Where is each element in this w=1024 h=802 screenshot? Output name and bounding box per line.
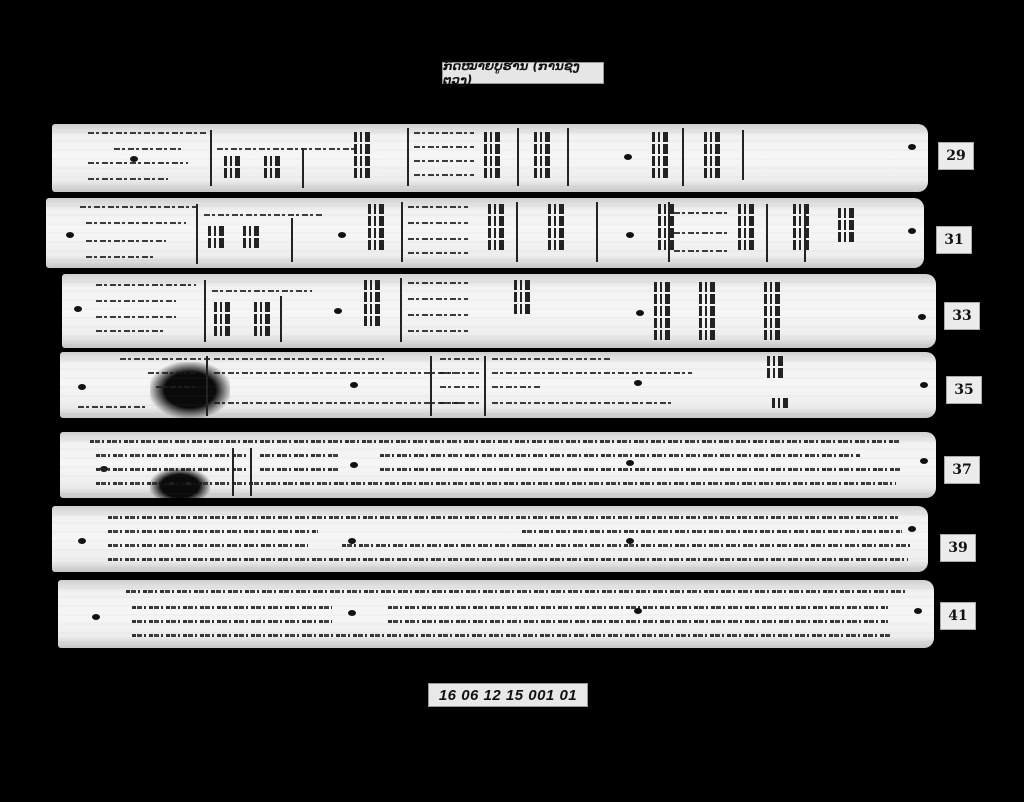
- binding-hole: [338, 232, 346, 238]
- palm-leaf-29: [52, 124, 928, 192]
- palm-leaf-31: [46, 198, 924, 268]
- palm-leaf-41: [58, 580, 934, 648]
- binding-hole: [348, 610, 356, 616]
- binding-hole: [66, 232, 74, 238]
- binding-hole: [636, 310, 644, 316]
- page-number-label: 37: [944, 456, 980, 484]
- page-number-label: 31: [936, 226, 972, 254]
- binding-hole: [920, 382, 928, 388]
- binding-hole: [130, 156, 138, 162]
- page-number-label: 29: [938, 142, 974, 170]
- page-number-label: 33: [944, 302, 980, 330]
- palm-leaf-39: [52, 506, 928, 572]
- page-number-label: 41: [940, 602, 976, 630]
- binding-hole: [350, 382, 358, 388]
- binding-hole: [348, 538, 356, 544]
- binding-hole: [626, 460, 634, 466]
- manuscript-title-label: ກົດໝາຍບູຮານ (ການຊື້ງຕວງ): [442, 62, 604, 84]
- binding-hole: [78, 384, 86, 390]
- damage-stain: [150, 362, 230, 418]
- archive-id-label: 16 06 12 15 001 01: [428, 683, 588, 707]
- binding-hole: [100, 466, 108, 472]
- page-number-label: 35: [946, 376, 982, 404]
- binding-hole: [634, 608, 642, 614]
- binding-hole: [920, 458, 928, 464]
- binding-hole: [74, 306, 82, 312]
- palm-leaf-37: [60, 432, 936, 498]
- binding-hole: [908, 526, 916, 532]
- binding-hole: [634, 380, 642, 386]
- binding-hole: [908, 144, 916, 150]
- binding-hole: [624, 154, 632, 160]
- binding-hole: [914, 608, 922, 614]
- palm-leaf-35: [60, 352, 936, 418]
- binding-hole: [92, 614, 100, 620]
- binding-hole: [350, 462, 358, 468]
- binding-hole: [626, 538, 634, 544]
- palm-leaf-33: [62, 274, 936, 348]
- binding-hole: [78, 538, 86, 544]
- binding-hole: [918, 314, 926, 320]
- binding-hole: [334, 308, 342, 314]
- binding-hole: [908, 228, 916, 234]
- binding-hole: [626, 232, 634, 238]
- damage-stain: [150, 468, 210, 498]
- page-number-label: 39: [940, 534, 976, 562]
